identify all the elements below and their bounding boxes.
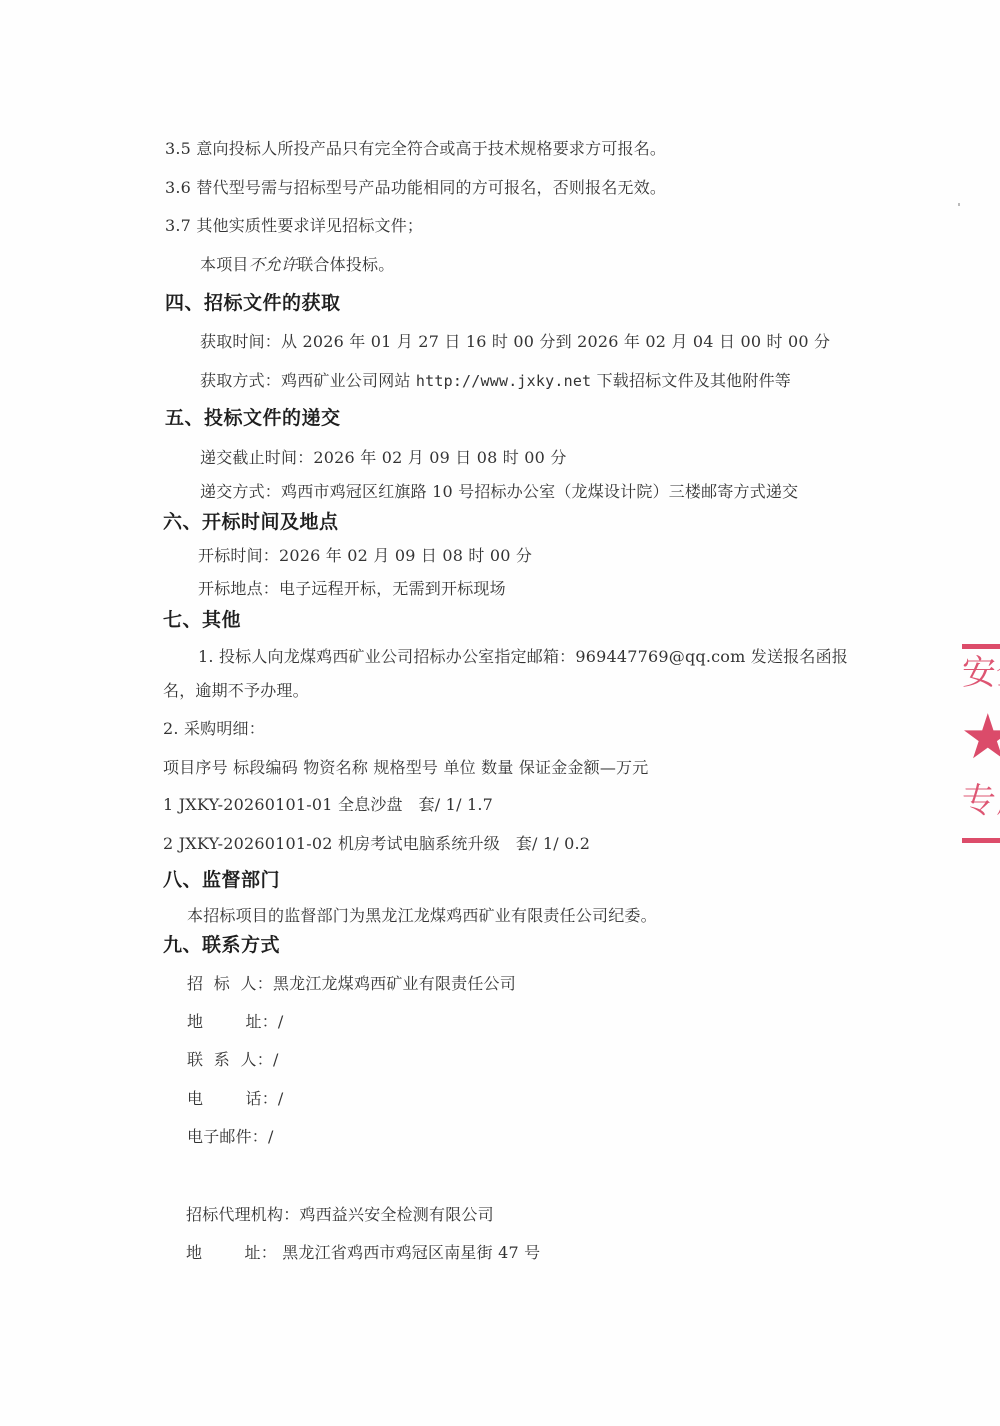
- email-value: /: [268, 1127, 274, 1146]
- consortium-not-allowed: 不允许: [249, 255, 298, 274]
- tenderer-value: 黑龙江龙煤鸡西矿业有限责任公司: [273, 974, 516, 993]
- consortium-note: 本项目不允许联合体投标。: [200, 255, 394, 275]
- row-material-name: 机房考试电脑系统升级: [338, 834, 500, 853]
- company-website-link[interactable]: http://www.jxky.net: [416, 372, 591, 390]
- contact-person-label: 联 系 人：: [187, 1050, 273, 1069]
- header-quantity: 数量: [481, 758, 513, 777]
- header-material-name: 物资名称: [303, 758, 368, 777]
- header-deposit: 保证金金额—万元: [519, 758, 649, 777]
- phone-value: /: [278, 1089, 284, 1108]
- agency-address-value: 黑龙江省鸡西市鸡冠区南星街 47 号: [282, 1243, 540, 1262]
- agency-label: 招标代理机构：: [186, 1205, 299, 1224]
- section-7-title: 七、其他: [163, 609, 241, 631]
- row-index: 2: [163, 834, 173, 853]
- tenderer-label: 招 标 人：: [187, 974, 273, 993]
- seal-bottom-text: 专用: [962, 782, 1000, 820]
- procurement-table-row: 2 JXKY-20260101-02 机房考试电脑系统升级 套/ 1/ 0.2: [163, 834, 590, 854]
- procurement-table-row: 1 JXKY-20260101-01 全息沙盘 套/ 1/ 1.7: [163, 795, 493, 815]
- clause-3-6: 3.6 替代型号需与招标型号产品功能相同的方可报名，否则报名无效。: [165, 178, 666, 198]
- email-label: 电子邮件：: [187, 1127, 268, 1146]
- contact-address: 地 址：/: [187, 1012, 283, 1032]
- section-6-title: 六、开标时间及地点: [163, 511, 339, 533]
- other-item-1-line-2: 名，逾期不予办理。: [163, 681, 309, 701]
- contact-agency: 招标代理机构：鸡西益兴安全检测有限公司: [186, 1205, 494, 1225]
- consortium-prefix: 本项目: [200, 255, 249, 274]
- clause-3-5: 3.5 意向投标人所投产品只有完全符合或高于技术规格要求方可报名。: [165, 139, 666, 159]
- other-item-2: 2. 采购明细：: [163, 719, 265, 739]
- contact-email: 电子邮件：/: [187, 1127, 274, 1147]
- opening-place: 开标地点：电子远程开标，无需到开标现场: [198, 579, 506, 599]
- row-unit-qty-deposit: 套/ 1/ 0.2: [516, 834, 590, 853]
- header-item-index: 项目序号: [163, 758, 228, 777]
- document-obtain-time: 获取时间：从 2026 年 01 月 27 日 16 时 00 分到 2026 …: [200, 332, 830, 352]
- header-lot-code: 标段编码: [233, 758, 298, 777]
- opening-time: 开标时间：2026 年 02 月 09 日 08 时 00 分: [198, 546, 532, 566]
- address-label: 地 址：: [187, 1012, 278, 1031]
- header-spec-model: 规格型号: [373, 758, 438, 777]
- contact-agency-address: 地 址： 黑龙江省鸡西市鸡冠区南星街 47 号: [186, 1243, 540, 1263]
- seal-top-border: [962, 644, 1000, 649]
- contact-phone: 电 话：/: [187, 1089, 283, 1109]
- scan-speck: [958, 203, 960, 206]
- official-seal: 安全 ★ 专用: [958, 640, 1000, 850]
- section-8-title: 八、监督部门: [163, 869, 280, 891]
- seal-star-icon: ★: [960, 706, 1000, 768]
- contact-tenderer: 招 标 人：黑龙江龙煤鸡西矿业有限责任公司: [187, 974, 516, 994]
- clause-3-7: 3.7 其他实质性要求详见招标文件；: [165, 216, 423, 236]
- row-lot-code: JXKY-20260101-01: [179, 795, 333, 814]
- procurement-table-header: 项目序号 标段编码 物资名称 规格型号 单位 数量 保证金金额—万元: [163, 758, 648, 778]
- section-5-title: 五、投标文件的递交: [165, 407, 341, 429]
- address-value: /: [278, 1012, 284, 1031]
- agency-address-label: 地 址：: [186, 1243, 277, 1262]
- row-material-name: 全息沙盘: [338, 795, 403, 814]
- submission-deadline: 递交截止时间：2026 年 02 月 09 日 08 时 00 分: [200, 448, 567, 468]
- submission-method: 递交方式：鸡西市鸡冠区红旗路 10 号招标办公室（龙煤设计院）三楼邮寄方式递交: [200, 482, 798, 502]
- seal-top-text: 安全: [962, 654, 1000, 692]
- consortium-suffix: 联合体投标。: [297, 255, 394, 274]
- agency-value: 鸡西益兴安全检测有限公司: [299, 1205, 493, 1224]
- seal-bottom-border: [962, 838, 1000, 843]
- section-9-title: 九、联系方式: [163, 934, 280, 956]
- row-index: 1: [163, 795, 173, 814]
- contact-person-value: /: [273, 1050, 279, 1069]
- obtain-method-prefix: 获取方式：鸡西矿业公司网站: [200, 371, 416, 390]
- row-unit-qty-deposit: 套/ 1/ 1.7: [419, 795, 493, 814]
- section-4-title: 四、招标文件的获取: [165, 292, 341, 314]
- other-item-1-line-1: 1. 投标人向龙煤鸡西矿业公司招标办公室指定邮箱：969447769@qq.co…: [198, 647, 848, 667]
- contact-person: 联 系 人：/: [187, 1050, 279, 1070]
- supervision-text: 本招标项目的监督部门为黑龙江龙煤鸡西矿业有限责任公司纪委。: [187, 906, 657, 926]
- obtain-method-suffix: 下载招标文件及其他附件等: [591, 371, 791, 390]
- phone-label: 电 话：: [187, 1089, 278, 1108]
- document-page: 3.5 意向投标人所投产品只有完全符合或高于技术规格要求方可报名。 3.6 替代…: [0, 0, 1000, 1426]
- row-lot-code: JXKY-20260101-02: [179, 834, 333, 853]
- header-unit: 单位: [443, 758, 475, 777]
- document-obtain-method: 获取方式：鸡西矿业公司网站 http://www.jxky.net 下载招标文件…: [200, 371, 791, 391]
